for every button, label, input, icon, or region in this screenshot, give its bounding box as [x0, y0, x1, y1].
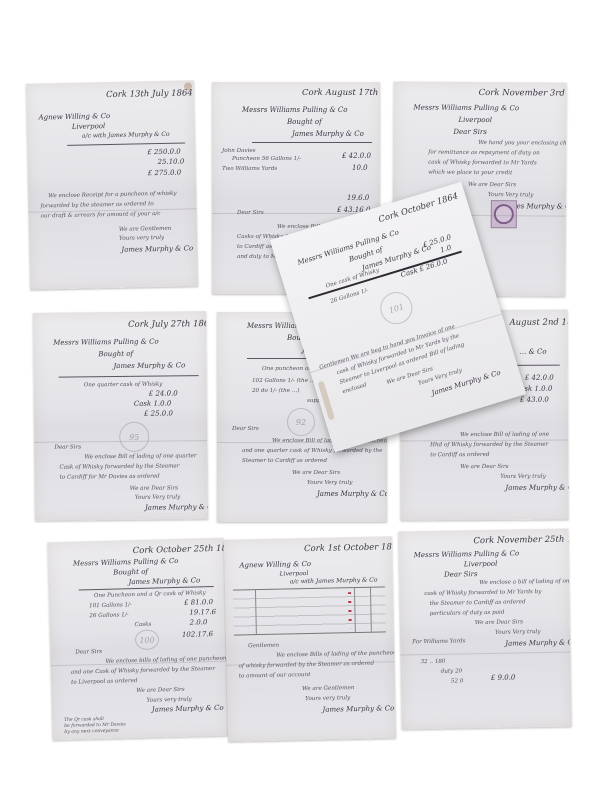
addressee: Agnew Willing & Co [38, 112, 110, 121]
letter-doc4: Cork July 27th 1864 Messrs Williams Pull… [33, 311, 208, 521]
seal: 95 [119, 422, 149, 452]
amount: £ 250.0.0 [147, 148, 181, 157]
rule [67, 142, 185, 145]
amount: £ 275.0.0 [148, 169, 182, 178]
amount: 25.10.0 [157, 157, 184, 166]
addressee: Liverpool [72, 122, 106, 131]
letter-doc9: Cork 1st October 1864 Agnew Willing & Co… [224, 536, 396, 741]
letter-doc10: Cork November 25th 1864 Messrs Williams … [398, 529, 571, 730]
date: Cork 13th July 1864 [106, 88, 193, 100]
stamp-portrait-icon [494, 204, 514, 224]
subject: a/c with James Murphy & Co [82, 131, 170, 140]
revenue-stamp [491, 200, 517, 228]
footnote: The Qr cask shall [64, 717, 104, 723]
ledger-table [233, 586, 386, 635]
letter-doc8: Cork October 25th 1864 Messrs Williams P… [47, 538, 228, 741]
signature: James Murphy & Co [121, 244, 193, 254]
letter-doc1: Cork 13th July 1864 Agnew Willing & Co L… [26, 80, 198, 289]
